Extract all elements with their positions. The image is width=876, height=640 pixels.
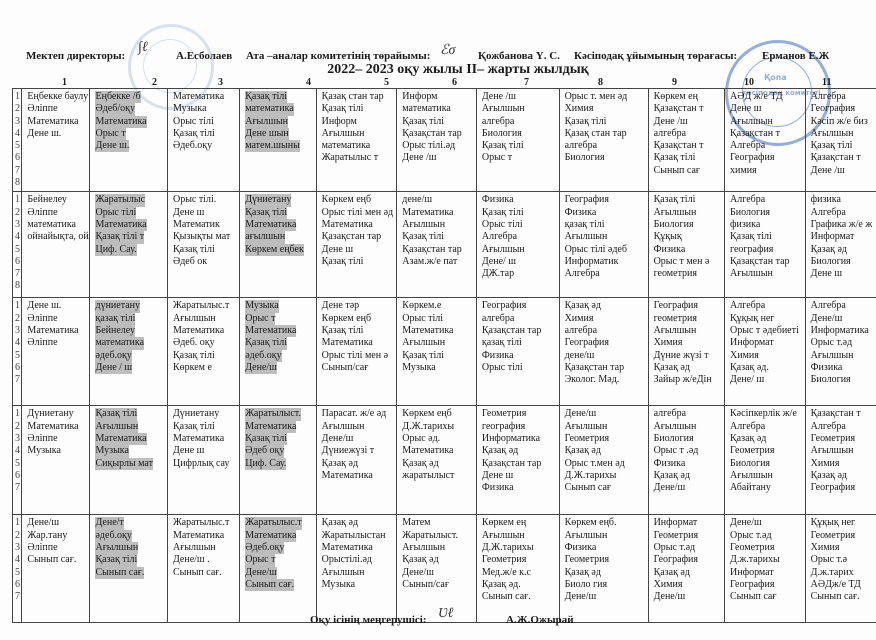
subject-entry: Қазақ тілі [402, 350, 473, 362]
subject-entry: Әліппе [27, 433, 86, 445]
class-schedule-cell: АӘД ж/е ТДДене шАғылшынҚазақстан тАлгебр… [725, 89, 806, 192]
subject-entry: геометрия [654, 268, 721, 280]
subject-entry: Қазақ әд [654, 470, 721, 482]
subject-entry: Орыс т .әд [654, 445, 721, 457]
schedule-day-row: 1234567ДүниетануМатематикаӘліппеМузыкаҚа… [13, 406, 876, 515]
subject-entry: Орыс тілі әдеб [565, 244, 645, 256]
subject-entry: Геометрия [654, 530, 721, 542]
subject-entry: Дене ш [730, 103, 802, 115]
footer-label: Оқу ісінің меңгерушісі: [310, 614, 426, 626]
subject-entry: Сынып сағ. [482, 591, 556, 603]
parent-committee-name: Қожбанова Ү. С. [478, 50, 560, 62]
subject-entry: Дене/т [95, 517, 123, 529]
subject-entry: қазақ тілі [565, 219, 645, 231]
subject-entry: Алгебра [811, 91, 874, 103]
subject-entry: Қазақ тілі [565, 116, 645, 128]
subject-entry: География [811, 103, 874, 115]
subject-entry: Қазақ тілі [245, 337, 287, 349]
subject-entry: математика [245, 103, 294, 115]
column-number: 3 [218, 77, 223, 88]
subject-entry: Көркем ең [654, 91, 721, 103]
subject-entry: Дене ш [173, 445, 236, 457]
class-schedule-cell: Қазақ тіліАғылшынБиологияҚұқықФизикаОрыс… [648, 192, 724, 298]
subject-entry: Қазақ тілі [654, 194, 721, 206]
subject-entry: Әдеб. оқу [173, 337, 236, 349]
subject-entry: Информат [811, 231, 874, 243]
subject-entry: Дене ш. [27, 300, 86, 312]
class-schedule-cell: алгебраАғылшынБиологияОрыс т .әдФизикаҚа… [648, 406, 724, 515]
subject-entry: Ағылшын [811, 445, 874, 457]
subject-entry: Ағылшын [654, 207, 721, 219]
schedule-day-row: 12345678Еңбекке баулуӘліппеМатематикаДен… [13, 89, 876, 192]
subject-entry: Әліппе [27, 103, 86, 115]
class-schedule-cell: МузыкаОрыс тМатематикаҚазақ тіліәдеб.оқу… [240, 298, 316, 406]
class-schedule-cell: Көркем еңбД.Ж.тарихыОрыс әд.МатематикаҚа… [397, 406, 477, 515]
subject-entry: Әдеб/оқу [95, 103, 134, 115]
subject-entry: Математика [173, 325, 236, 337]
subject-entry: география [730, 244, 802, 256]
subject-entry: Орыс т әдебиеті [730, 325, 802, 337]
subject-entry: Математика [95, 116, 146, 128]
lesson-number: 6 [15, 579, 21, 591]
subject-entry: Орыс тілі [482, 219, 556, 231]
subject-entry: Қазақ әд [322, 517, 394, 529]
subject-entry: Графика ж/е ж [811, 219, 874, 231]
subject-entry: математика [402, 103, 473, 115]
subject-entry: Орыс т [245, 313, 275, 325]
subject-entry: Қазақ әд [402, 458, 473, 470]
subject-entry: Құқық [654, 231, 721, 243]
subject-entry: Қазақ тілі [482, 207, 556, 219]
subject-entry: Геометрия [565, 433, 645, 445]
subject-entry: Д.ж.тарихы [730, 554, 802, 566]
subject-entry: Музыка [27, 445, 86, 457]
subject-entry: Алгебра [730, 140, 802, 152]
subject-entry: Ағылшын [482, 530, 556, 542]
subject-entry: Дене ш. [95, 140, 129, 152]
subject-entry: Ағылшын [730, 116, 802, 128]
class-schedule-cell: Көркем еңАғылшынД.Ж.тарихыГеометрияМед.ж… [476, 515, 559, 623]
subject-entry: Бейнелеу [95, 325, 135, 337]
subject-entry: Орыстілі.әд [322, 554, 394, 566]
subject-entry: Дене / ш [95, 362, 132, 374]
subject-entry: Математика [173, 530, 236, 542]
subject-entry: Биология [730, 458, 802, 470]
subject-entry: ДЖ.тар [482, 268, 556, 280]
subject-entry: Химия [565, 313, 645, 325]
lesson-number: 6 [15, 152, 21, 164]
subject-entry: Алгебра [811, 207, 874, 219]
footer-name: А.Ж.Ожырай [506, 614, 574, 626]
subject-entry: Музыка [95, 445, 128, 457]
class-schedule-cell: Еңбекке баулуӘліппеМатематикаДене ш. [22, 89, 90, 192]
column-number: 5 [384, 77, 389, 88]
subject-entry: Дене ш [322, 244, 394, 256]
subject-entry: Геометрия [482, 554, 556, 566]
subject-entry: Қазақ тілі [654, 152, 721, 164]
class-schedule-cell: Көркем еңбОрыс тілі мен әдМатематикаҚаза… [316, 192, 397, 298]
subject-entry: Қазақстан тар [402, 244, 473, 256]
subject-entry: Математик [173, 219, 236, 231]
subject-entry: Ағылшын [322, 567, 394, 579]
subject-entry: География [565, 194, 645, 206]
subject-entry: Дене/ш [811, 313, 874, 325]
union-label: Кәсіподақ ұйымының төрағасы: [574, 50, 737, 62]
class-schedule-cell: ИнформатГеометрияОрыс т.әдГеографияҚазақ… [648, 515, 724, 623]
subject-entry: Қазақстан т [730, 128, 802, 140]
subject-entry: Қазақстан тар [730, 256, 802, 268]
subject-entry: алгебра [565, 325, 645, 337]
subject-entry: Кәсіп ж/е биз [811, 116, 874, 128]
subject-entry: Математика [402, 445, 473, 457]
subject-entry: Жаратылыс.т [173, 300, 236, 312]
subject-entry: Ағылшын [95, 421, 138, 433]
subject-entry: Сынып сағ. [27, 554, 86, 566]
subject-entry: Ағылшын [811, 128, 874, 140]
subject-entry: дүниетану [95, 300, 140, 312]
subject-entry: Қазақ әд [811, 470, 874, 482]
subject-entry: Химия [654, 337, 721, 349]
union-name: Ерманов Е.Ж [762, 50, 829, 62]
subject-entry: Алгебра [565, 268, 645, 280]
subject-entry: Информатика [482, 433, 556, 445]
subject-entry: Алгебра [730, 421, 802, 433]
subject-entry: Дене/ш . [173, 554, 236, 566]
subject-entry: Геометрия [730, 445, 802, 457]
lesson-number: 7 [15, 591, 21, 603]
subject-entry: Қызықты мат [173, 231, 236, 243]
schedule-table: 12345678Еңбекке баулуӘліппеМатематикаДен… [12, 88, 876, 623]
subject-entry: Қазақстан тар [565, 362, 645, 374]
class-schedule-cell: Қазақ тіліматематикаАғылшынДене шынматем… [240, 89, 316, 192]
subject-entry: Құқық нег [811, 517, 874, 529]
subject-entry: География [654, 554, 721, 566]
subject-entry: геометрия [654, 313, 721, 325]
subject-entry: Сынып сағ. [173, 567, 236, 579]
subject-entry: Биология [811, 256, 874, 268]
subject-entry: Информатика [811, 325, 874, 337]
subject-entry: Физика [565, 542, 645, 554]
subject-entry: алгебра [482, 116, 556, 128]
subject-entry: Қазақ әд [482, 445, 556, 457]
class-schedule-cell: дене/шМатематикаАғылшынҚазақ тіліҚазақст… [397, 192, 477, 298]
subject-entry: Ағылшын [245, 116, 288, 128]
subject-entry: Сынып сағ [654, 165, 721, 177]
column-number: 6 [452, 77, 457, 88]
subject-entry: қазақ тілі [482, 337, 556, 349]
class-schedule-cell: Қазақ стан тарҚазақ тіліИнформАғылшынмат… [316, 89, 397, 192]
subject-entry: Дүниетану [173, 408, 236, 420]
subject-entry: Ағылшын [565, 530, 645, 542]
subject-entry: География [730, 579, 802, 591]
lesson-number: 2 [15, 103, 21, 115]
subject-entry: Қазақ әд [565, 445, 645, 457]
class-schedule-cell: АлгебраБиологияфизикаҚазақ тілігеография… [725, 192, 806, 298]
column-number: 2 [152, 77, 157, 88]
subject-entry: Химия [811, 542, 874, 554]
subject-entry: Математика [402, 207, 473, 219]
subject-entry: Информат [730, 567, 802, 579]
lesson-number: 1 [15, 517, 21, 529]
class-schedule-cell: Жаратылыс.тМатематикаАғылшынДене/ш .Сыны… [167, 515, 239, 623]
lesson-number: 2 [15, 421, 21, 433]
subject-entry: Д.Ж.тарихы [482, 542, 556, 554]
lesson-number: 1 [15, 91, 21, 103]
class-schedule-cell: Жаратылыс.тАғылшынМатематикаӘдеб. оқуҚаз… [167, 298, 239, 406]
subject-entry: Орыс тілі [95, 207, 136, 219]
class-schedule-cell: ГеографияФизикақазақ тіліАғылшынОрыс тіл… [559, 192, 648, 298]
subject-entry: Жаратылыс [95, 194, 145, 206]
subject-entry: Физика [565, 207, 645, 219]
parent-committee-label: Ата –аналар комитетінің төрайымы: [246, 50, 430, 62]
subject-entry: Математика [322, 219, 394, 231]
class-schedule-cell: Қазақстан тАлгебраГеометрияАғылшынХимияҚ… [805, 406, 876, 515]
subject-entry: Химия [654, 579, 721, 591]
subject-entry: Қазақ әд [322, 458, 394, 470]
subject-entry: Дене/ш [245, 567, 277, 579]
subject-entry: Математика [322, 337, 394, 349]
subject-entry: Жаратылыс.т [173, 517, 236, 529]
subject-entry: Алгебра [811, 300, 874, 312]
subject-entry: Қазақ тілі [245, 91, 287, 103]
subject-entry: Құқық нег [730, 313, 802, 325]
subject-entry: Математика [245, 530, 296, 542]
schedule-day-row: 12345678БейнелеуӘліппематематикаойнайықт… [13, 192, 876, 298]
subject-entry: Музыка [322, 579, 394, 591]
subject-entry: Орыс т мен ә [654, 256, 721, 268]
subject-entry: Орыс т.әд [730, 530, 802, 542]
subject-entry: География [730, 152, 802, 164]
subject-entry: География [565, 337, 645, 349]
subject-entry: Сынып сағ [730, 591, 802, 603]
subject-entry: Қазақ тілі [322, 325, 394, 337]
director-name: А.Есболаев [176, 50, 232, 62]
subject-entry: Дене ш [482, 470, 556, 482]
subject-entry: әдеб.оқу [245, 350, 281, 362]
subject-entry: Биоло гия [565, 579, 645, 591]
subject-entry: Қазақ тілі [95, 408, 137, 420]
subject-entry: Қазақ тілі [811, 140, 874, 152]
subject-entry: Қазақ тілі [322, 103, 394, 115]
subject-entry: Ағылшын [173, 542, 236, 554]
subject-entry: Жаратылыст. [402, 530, 473, 542]
lesson-numbers: 1234567 [13, 515, 22, 623]
class-schedule-cell: Дене тәрКөркем еңбҚазақ тіліМатематикаОр… [316, 298, 397, 406]
subject-entry: Биология [811, 374, 874, 386]
subject-entry: Қазақстан тар [482, 458, 556, 470]
subject-entry: физика [811, 194, 874, 206]
subject-entry: химия [730, 165, 802, 177]
class-schedule-cell: ГеографиягеометрияАғылшынХимияДүние жүзі… [648, 298, 724, 406]
subject-entry: Қазақ тілі [322, 256, 394, 268]
page-title: 2022– 2023 оқу жылы II– жарты жылдық [0, 62, 876, 78]
subject-entry: математика [322, 140, 394, 152]
class-schedule-cell: Жаратылыст.МатематикаҚазақ тіліӘдеб оқуЦ… [240, 406, 316, 515]
lesson-number: 1 [15, 408, 21, 420]
lesson-numbers: 12345678 [13, 192, 22, 298]
lesson-number: 5 [15, 458, 21, 470]
column-number: 8 [598, 77, 603, 88]
subject-entry: Циф. Сау. [245, 458, 286, 470]
subject-entry: Орыс т [95, 128, 125, 140]
subject-entry: Физика [482, 482, 556, 494]
subject-entry: Информатик [565, 256, 645, 268]
subject-entry: Сиқырлы мат [95, 458, 153, 470]
subject-entry: Алгебра [730, 194, 802, 206]
class-schedule-cell: ДүниетануМатематикаӘліппеМузыка [22, 406, 90, 515]
subject-entry: Қазақ әд [730, 433, 802, 445]
subject-entry: Ағылшын [322, 421, 394, 433]
subject-entry: География [482, 300, 556, 312]
lesson-number: 1 [15, 194, 21, 206]
lesson-number: 2 [15, 207, 21, 219]
subject-entry: Математика [245, 325, 296, 337]
subject-entry: алгебра [482, 313, 556, 325]
class-schedule-cell: ФизикаҚазақ тіліОрыс тіліАлгебраАғылшынД… [476, 192, 559, 298]
subject-entry: Математика [95, 219, 146, 231]
subject-entry: Биология [730, 207, 802, 219]
subject-entry: Математика [27, 116, 86, 128]
subject-entry: Дене/ш [654, 482, 721, 494]
subject-entry: Көркем ең [482, 517, 556, 529]
subject-entry: Қазақ әд [654, 567, 721, 579]
subject-entry: Қазақ стан тар [565, 128, 645, 140]
subject-entry: Мед.ж/е к.с [482, 567, 556, 579]
subject-entry: Жар.тану [27, 530, 86, 542]
subject-entry: Ағылшын [402, 542, 473, 554]
lesson-number: 5 [15, 140, 21, 152]
subject-entry: Геометрия [482, 408, 556, 420]
class-schedule-cell: Орыс т. мен әдХимияҚазақ тіліҚазақ стан … [559, 89, 648, 192]
lesson-number: 6 [15, 362, 21, 374]
subject-entry: Ағылшын [565, 421, 645, 433]
subject-entry: Орыс т [245, 554, 275, 566]
class-schedule-cell: Қазақ әдХимияалгебраГеографиядене/шҚазақ… [559, 298, 648, 406]
subject-entry: Қазақ әд [565, 300, 645, 312]
subject-entry: Матем [402, 517, 473, 529]
subject-entry: Қазақ әд. [482, 579, 556, 591]
class-schedule-cell: Орыс тілі.Дене шМатематикҚызықты матҚаза… [167, 192, 239, 298]
class-schedule-cell: ГеографияалгебраҚазақстан тарқазақ тіліФ… [476, 298, 559, 406]
subject-entry: Дене/ш [654, 591, 721, 603]
subject-entry: География [654, 300, 721, 312]
column-number: 11 [822, 77, 831, 88]
subject-entry: Физика [482, 350, 556, 362]
lesson-numbers: 12345678 [13, 89, 22, 192]
subject-entry: Орыс тілі [482, 362, 556, 374]
subject-entry: Әдеб.оқу [173, 140, 236, 152]
subject-entry: Көркем еңб [402, 408, 473, 420]
lesson-number: 3 [15, 219, 21, 231]
lesson-number: 4 [15, 128, 21, 140]
class-schedule-cell: АлгебраГеографияКәсіп ж/е бизАғылшынҚаза… [805, 89, 876, 192]
subject-entry: Әдеб оқу [245, 445, 284, 457]
subject-entry: Орыс тілі мен ә [322, 350, 394, 362]
subject-entry: Геометрия [730, 542, 802, 554]
subject-entry: Музыка [245, 300, 278, 312]
lesson-number: 5 [15, 350, 21, 362]
subject-entry: Жаратылыст. [245, 408, 301, 420]
subject-entry: Көркем еңб [322, 194, 394, 206]
subject-entry: Көркем е [173, 362, 236, 374]
lesson-number: 3 [15, 433, 21, 445]
subject-entry: Дене ш [811, 268, 874, 280]
class-schedule-cell: МатематикаМузыкаОрыс тіліҚазақ тіліӘдеб.… [167, 89, 239, 192]
schedule-day-row: 1234567Дене ш.ӘліппеМатематикаӘліппедүни… [13, 298, 876, 406]
lesson-number: 5 [15, 244, 21, 256]
subject-entry: Орыс т.әд [654, 542, 721, 554]
class-schedule-cell: Көркем еңҚазақстан тДене /шалгебраҚазақс… [648, 89, 724, 192]
subject-entry: Дене/ ш [730, 374, 802, 386]
subject-entry: Қазақ тілі [245, 207, 287, 219]
subject-entry: Қазақ тілі [173, 421, 236, 433]
subject-entry: физика [730, 219, 802, 231]
subject-entry: Орыс тілі мен әд [322, 207, 394, 219]
subject-entry: Дене/ш [565, 408, 645, 420]
subject-entry: Д.Ж.тарихы [565, 470, 645, 482]
lesson-number: 2 [15, 530, 21, 542]
subject-entry: Қазақстан т [811, 408, 874, 420]
subject-entry: Дене /ш [482, 91, 556, 103]
subject-entry: Ағылшын [482, 244, 556, 256]
subject-entry: дене/ш [565, 350, 645, 362]
subject-entry: Ағылшын [811, 350, 874, 362]
subject-entry: Ағылшын [322, 128, 394, 140]
subject-entry: Орыс тілі.әд [402, 140, 473, 152]
class-schedule-cell: Дене/тәдеб.оқуАғылшынҚазақ тіліСынып сағ… [90, 515, 167, 623]
lesson-number: 7 [15, 268, 21, 280]
subject-entry: Сынып сағ. [245, 579, 294, 591]
lesson-number: 2 [15, 313, 21, 325]
lesson-number: 4 [15, 445, 21, 457]
parent-signature-icon: ℰσ [440, 42, 455, 59]
subject-entry: Биология [654, 433, 721, 445]
lesson-numbers: 1234567 [13, 298, 22, 406]
subject-entry: Дене /ш [402, 152, 473, 164]
subject-entry: Қазақ әд [402, 554, 473, 566]
subject-entry: дене/ш [402, 194, 473, 206]
subject-entry: Дүние жүзі т [654, 350, 721, 362]
class-schedule-cell: Парасат. ж/е әдАғылшынДене/шДүниежүзі тҚ… [316, 406, 397, 515]
subject-entry: Ағылшын [565, 231, 645, 243]
subject-entry: ағылшын [245, 231, 285, 243]
subject-entry: Математика [95, 433, 146, 445]
class-schedule-cell: ГеометриягеографияИнформатикаҚазақ әдҚаз… [476, 406, 559, 515]
subject-entry: Музыка [402, 362, 473, 374]
subject-entry: Музыка [173, 103, 236, 115]
subject-entry: Математика [245, 421, 296, 433]
subject-entry: Көркем еңбек [245, 244, 304, 256]
subject-entry: Еңбекке /б [95, 91, 140, 103]
subject-entry: Математика [173, 433, 236, 445]
subject-entry: Сынып сағ. [811, 591, 874, 603]
subject-entry: Ағылшын [654, 325, 721, 337]
class-schedule-cell: дүниетануқазақ тіліБейнелеуматематикаәде… [90, 298, 167, 406]
class-schedule-cell: АлгебраДене/шИнформатикаОрыс т.әдАғылшын… [805, 298, 876, 406]
lesson-number: 3 [15, 542, 21, 554]
subject-entry: Әдеб.оқу [245, 542, 284, 554]
subject-entry: Жаратылыстан [322, 530, 394, 542]
subject-entry: Математика [27, 325, 86, 337]
lesson-number: 7 [15, 165, 21, 177]
subject-entry: Әліппе [27, 313, 86, 325]
subject-entry: Қазақ әд [811, 244, 874, 256]
subject-entry: Ағылшын [654, 421, 721, 433]
subject-entry: Ағылшын [402, 219, 473, 231]
subject-entry: Дене/ш [27, 517, 86, 529]
subject-entry: Дене /ш [654, 116, 721, 128]
subject-entry: Дүниежүзі т [322, 445, 394, 457]
